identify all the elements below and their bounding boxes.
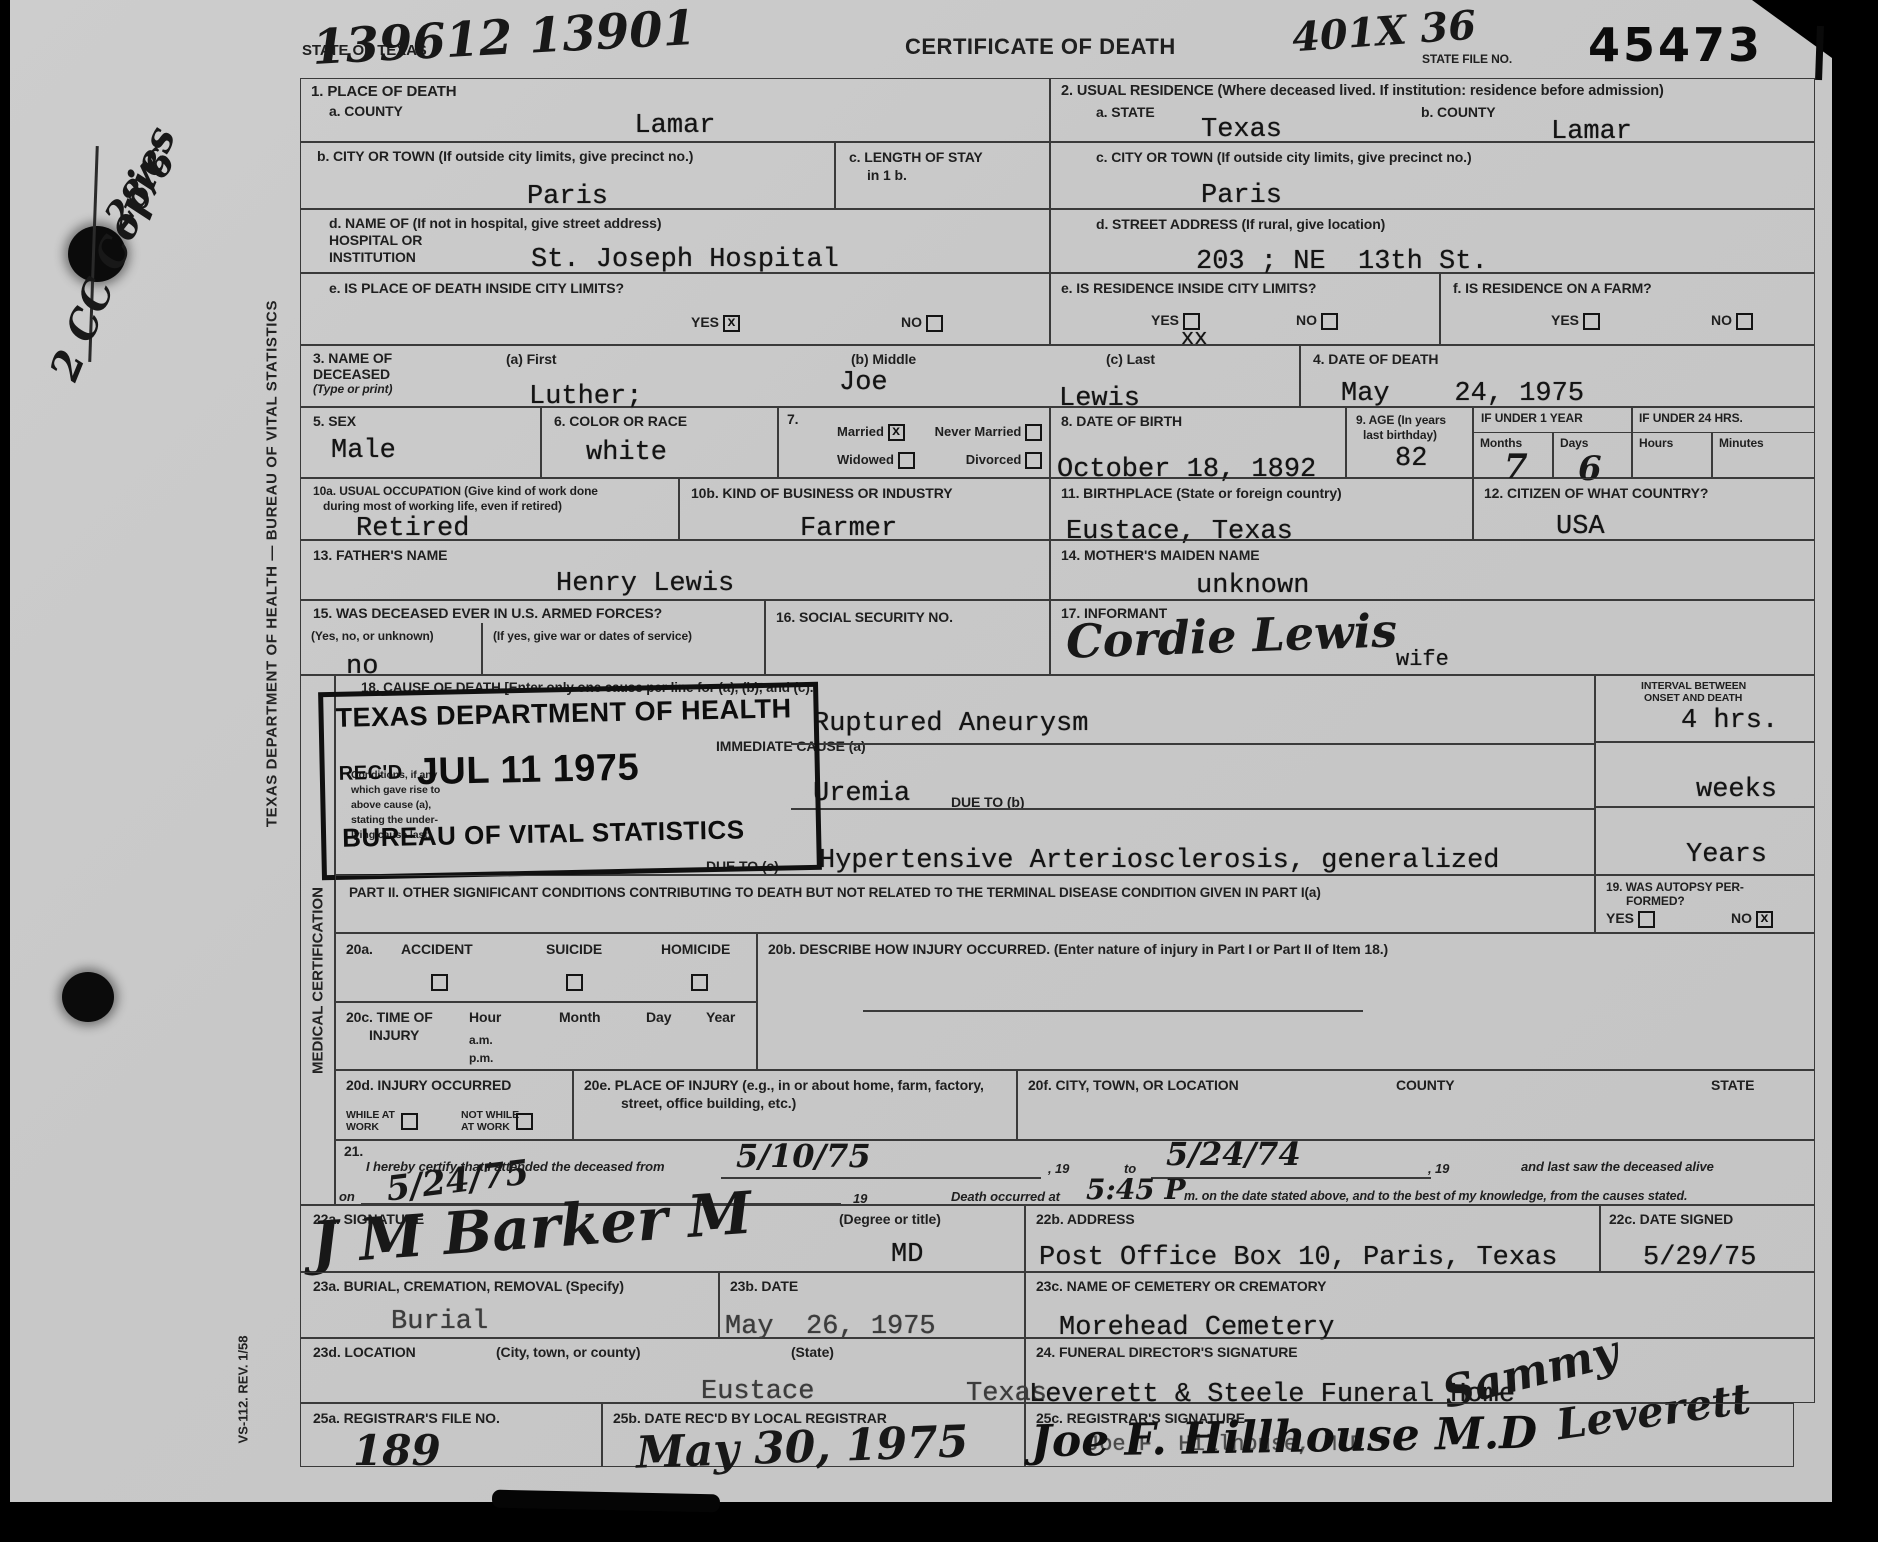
interval-label1: INTERVAL BETWEEN: [1641, 680, 1746, 692]
address-value: Post Office Box 10, Paris, Texas: [1039, 1243, 1557, 1273]
field-burial-cremation: 23a. BURIAL, CREMATION, REMOVAL (Specify…: [300, 1272, 719, 1338]
death-limits-no: NO: [901, 314, 943, 332]
age-label1: 9. AGE (In years: [1356, 413, 1446, 427]
field-date-of-death: 4. DATE OF DEATH May 24, 1975: [1300, 345, 1815, 407]
sex-value: Male: [331, 436, 396, 466]
certify-text9: m. on the date stated above, and to the …: [1184, 1189, 1687, 1203]
stamp-line1: TEXAS DEPARTMENT OF HEALTH: [335, 693, 792, 734]
homicide-checkbox: [691, 974, 708, 991]
death-limits-yes: YES x: [691, 314, 740, 332]
certify-text6: on: [339, 1189, 355, 1204]
armed-forces-sub1: (Yes, no, or unknown): [311, 629, 434, 643]
pm-label: p.m.: [469, 1051, 493, 1065]
residence-city-label: c. CITY OR TOWN (If outside city limits,…: [1096, 149, 1472, 165]
due-to-c-value: Hypertensive Arteriosclerosis, generaliz…: [819, 846, 1500, 876]
injury-state-label: STATE: [1711, 1077, 1754, 1093]
item20b-label: 20b. DESCRIBE HOW INJURY OCCURRED. (Ente…: [768, 941, 1388, 957]
field-death-inside-city-limits: e. IS PLACE OF DEATH INSIDE CITY LIMITS?…: [300, 273, 1050, 345]
address-label: 22b. ADDRESS: [1036, 1211, 1135, 1227]
while-at-label2: WORK: [346, 1121, 379, 1133]
field-describe-how-injury-occurred: 20b. DESCRIBE HOW INJURY OCCURRED. (Ente…: [757, 933, 1815, 1070]
item20d-label: 20d. INJURY OCCURRED: [346, 1077, 511, 1093]
field-autopsy: 19. WAS AUTOPSY PER- FORMED? YES NO x: [1595, 875, 1815, 933]
location-sub2: (State): [791, 1344, 834, 1360]
informant-signature: Cordie Lewis: [1065, 603, 1398, 669]
time-of-death-value: 5:45 P: [1086, 1173, 1186, 1206]
middle-name-value: Joe: [839, 368, 888, 398]
citizen-label: 12. CITIZEN OF WHAT COUNTRY?: [1484, 485, 1708, 501]
registrar-file-value: 189: [353, 1426, 441, 1475]
middle-name-label: (b) Middle: [851, 351, 916, 367]
no-label: NO: [1296, 312, 1317, 328]
field-mothers-maiden-name: 14. MOTHER'S MAIDEN NAME unknown: [1050, 540, 1815, 600]
interval-b-value: weeks: [1696, 775, 1777, 805]
rule-from: [721, 1177, 1041, 1179]
married-label: Married: [837, 424, 884, 439]
section1-title: 1. PLACE OF DEATH: [311, 83, 457, 100]
autopsy-yes: YES: [1606, 910, 1655, 928]
hospital-value: St. Joseph Hospital: [531, 245, 839, 275]
item20c-label1: 20c. TIME OF: [346, 1009, 433, 1025]
length-of-stay-label: c. LENGTH OF STAY: [849, 149, 983, 165]
field-age-days: Days 6: [1553, 432, 1632, 478]
attended-from-date: 5/10/75: [736, 1137, 871, 1175]
field-name-of-deceased: 3. NAME OF DECEASED (Type or print) (a) …: [300, 345, 1300, 407]
never-married-label: Never Married: [935, 424, 1022, 439]
interval-a-value: 4 hrs.: [1681, 706, 1778, 736]
homicide-label: HOMICIDE: [661, 941, 730, 957]
field-birthplace: 11. BIRTHPLACE (State or foreign country…: [1050, 478, 1473, 540]
death-inside-limits-label: e. IS PLACE OF DEATH INSIDE CITY LIMITS?: [329, 280, 624, 296]
certificate-title: CERTIFICATE OF DEATH: [905, 34, 1176, 60]
location-sub1: (City, town, or county): [496, 1344, 640, 1360]
date-signed-value: 5/29/75: [1643, 1243, 1756, 1273]
field-accident-suicide-homicide: 20a. ACCIDENT SUICIDE HOMICIDE: [335, 933, 757, 1002]
field-marital-status: 7. Married x Never Married Widowed Divor…: [778, 407, 1050, 478]
field-citizen-of-country: 12. CITIZEN OF WHAT COUNTRY? USA: [1473, 478, 1815, 540]
stamp-recd-label: REC'D: [339, 762, 403, 786]
field-physician-signature: 22a. SIGNATURE (Degree or title) J M Bar…: [300, 1205, 1025, 1272]
burial-date-label: 23b. DATE: [730, 1278, 798, 1294]
birthplace-label: 11. BIRTHPLACE (State or foreign country…: [1061, 485, 1342, 501]
name-title3: (Type or print): [313, 382, 392, 396]
days-label: Days: [1560, 436, 1588, 450]
field-injury-city-county-state: 20f. CITY, TOWN, OR LOCATION COUNTY STAT…: [1017, 1070, 1815, 1140]
autopsy-label1: 19. WAS AUTOPSY PER-: [1606, 880, 1744, 894]
certificate-serial-number: 45473: [1588, 18, 1763, 72]
never-married-checkbox: [1025, 424, 1042, 441]
autopsy-no: NO x: [1731, 910, 1773, 928]
immediate-cause-value: Ruptured Aneurysm: [813, 709, 1088, 739]
while-at-label1: WHILE AT: [346, 1109, 395, 1121]
item20c-label2: INJURY: [369, 1027, 419, 1043]
funeral-director-label: 24. FUNERAL DIRECTOR'S SIGNATURE: [1036, 1344, 1298, 1360]
field-residence-on-farm: f. IS RESIDENCE ON A FARM? YES NO: [1440, 273, 1815, 345]
minutes-label: Minutes: [1719, 436, 1764, 450]
field-city-of-death: b. CITY OR TOWN (If outside city limits,…: [300, 142, 835, 209]
field-social-security-no: 16. SOCIAL SECURITY NO.: [765, 600, 1050, 675]
item20e-label2: street, office building, etc.): [621, 1095, 796, 1111]
residence-limits-label: e. IS RESIDENCE INSIDE CITY LIMITS?: [1061, 280, 1316, 296]
father-label: 13. FATHER'S NAME: [313, 547, 447, 563]
last-name-label: (c) Last: [1106, 351, 1155, 367]
age-value: 82: [1395, 444, 1427, 474]
field-sex: 5. SEX Male: [300, 407, 541, 478]
cemetery-label: 23c. NAME OF CEMETERY OR CREMATORY: [1036, 1278, 1326, 1294]
date-of-death-value: May 24, 1975: [1341, 379, 1584, 409]
citizen-value: USA: [1556, 512, 1605, 542]
field-funeral-director-signature: 24. FUNERAL DIRECTOR'S SIGNATURE Leveret…: [1025, 1338, 1815, 1403]
due-to-b-value: Uremia: [813, 779, 910, 809]
field-physician-address: 22b. ADDRESS Post Office Box 10, Paris, …: [1025, 1205, 1600, 1272]
date-of-death-label: 4. DATE OF DEATH: [1313, 351, 1438, 367]
certify-text5: and last saw the deceased alive: [1521, 1159, 1714, 1174]
no-checkbox: [1736, 313, 1753, 330]
stamp-date: JUL 11 1975: [416, 747, 639, 795]
no-check-mark: x: [1760, 911, 1768, 927]
no-checkbox: [926, 315, 943, 332]
yes-checkbox: [1638, 911, 1655, 928]
residence-state-value: Texas: [1201, 115, 1282, 145]
divorced-option: Divorced: [966, 452, 1042, 469]
field-hospital-name: d. NAME OF (If not in hospital, give str…: [300, 209, 1050, 273]
married-option: Married x: [837, 424, 905, 441]
farm-yes: YES: [1551, 312, 1600, 330]
part2-label: PART II. OTHER SIGNIFICANT CONDITIONS CO…: [349, 885, 1579, 900]
residence-city-value: Paris: [1201, 181, 1282, 211]
item20f-label: 20f. CITY, TOWN, OR LOCATION: [1028, 1077, 1239, 1093]
residence-state-label: a. STATE: [1096, 104, 1155, 120]
field-residence-city: c. CITY OR TOWN (If outside city limits,…: [1050, 142, 1815, 209]
field-interval-a: INTERVAL BETWEEN ONSET AND DEATH 4 hrs.: [1595, 675, 1815, 742]
hour-label: Hour: [469, 1009, 501, 1025]
field-date-signed: 22c. DATE SIGNED 5/29/75: [1600, 1205, 1815, 1272]
burial-label: 23a. BURIAL, CREMATION, REMOVAL (Specify…: [313, 1278, 624, 1294]
field-date-received-by-registrar: 25b. DATE REC'D BY LOCAL REGISTRAR May 3…: [602, 1403, 1025, 1467]
ssn-label: 16. SOCIAL SECURITY NO.: [776, 609, 953, 625]
no-label: NO: [1731, 910, 1752, 926]
interval-label2: ONSET AND DEATH: [1644, 692, 1742, 704]
yes-checkbox: [1583, 313, 1600, 330]
armed-forces-divider: [481, 623, 483, 676]
field-age-minutes: Minutes: [1712, 432, 1815, 478]
attended-to-date: 5/24/74: [1166, 1135, 1301, 1173]
mother-value: unknown: [1196, 571, 1309, 601]
section2-title: 2. USUAL RESIDENCE (Where deceased lived…: [1061, 83, 1664, 99]
certify-text7: 19: [853, 1191, 867, 1206]
father-value: Henry Lewis: [556, 569, 734, 599]
interval-c-value: Years: [1686, 840, 1767, 870]
no-label: NO: [1711, 312, 1732, 328]
field-date-of-birth: 8. DATE OF BIRTH October 18, 1892: [1050, 407, 1346, 478]
yes-label: YES: [1551, 312, 1579, 328]
race-value: white: [586, 438, 667, 468]
degree-label: (Degree or title): [839, 1211, 941, 1227]
date-signed-label: 22c. DATE SIGNED: [1609, 1211, 1733, 1227]
hospital-label3: INSTITUTION: [329, 249, 416, 265]
residence-street-label: d. STREET ADDRESS (If rural, give locati…: [1096, 216, 1385, 232]
business-label: 10b. KIND OF BUSINESS OR INDUSTRY: [691, 485, 952, 501]
punch-hole-bottom: [62, 972, 114, 1022]
field-color-or-race: 6. COLOR OR RACE white: [541, 407, 778, 478]
never-married-option: Never Married: [935, 424, 1042, 441]
no-checkbox: x: [1756, 911, 1773, 928]
under-24-hrs-title: IF UNDER 24 HRS.: [1639, 411, 1743, 425]
registrar-file-label: 25a. REGISTRAR'S FILE NO.: [313, 1410, 500, 1426]
widowed-checkbox: [898, 452, 915, 469]
field-usual-occupation: 10a. USUAL OCCUPATION (Give kind of work…: [300, 478, 679, 540]
registrar-signature: Joe F. Hillhouse M.D: [1031, 1408, 1538, 1468]
field-interval-b: weeks: [1595, 742, 1815, 807]
field-kind-of-business: 10b. KIND OF BUSINESS OR INDUSTRY Farmer: [679, 478, 1050, 540]
city-label: b. CITY OR TOWN (If outside city limits,…: [317, 148, 693, 164]
yes-label: YES: [1151, 312, 1179, 328]
field-cemetery-name: 23c. NAME OF CEMETERY OR CREMATORY Moreh…: [1025, 1272, 1815, 1338]
certify-text4: , 19: [1428, 1161, 1449, 1176]
occupation-label1: 10a. USUAL OCCUPATION (Give kind of work…: [313, 484, 598, 498]
item20a-label: 20a.: [346, 941, 373, 957]
state-file-no-label: STATE FILE NO.: [1422, 52, 1512, 66]
certify-text8: Death occurred at: [951, 1189, 1060, 1204]
field-injury-occurred: 20d. INJURY OCCURRED WHILE AT WORK NOT W…: [335, 1070, 573, 1140]
rule-to: [1151, 1177, 1431, 1179]
cause-b-rule: [791, 808, 1596, 810]
field-registrar-file-no: 25a. REGISTRAR'S FILE NO. 189: [300, 1403, 602, 1467]
field-place-of-death-county: 1. PLACE OF DEATH a. COUNTY Lamar: [300, 78, 1050, 142]
sex-label: 5. SEX: [313, 413, 356, 429]
residence-county-label: b. COUNTY: [1421, 104, 1496, 120]
margin-form-code: VS-112. REV. 1/58: [236, 1295, 251, 1485]
married-check-mark: x: [892, 424, 900, 440]
field-armed-forces: 15. WAS DECEASED EVER IN U.S. ARMED FORC…: [300, 600, 765, 675]
divorced-label: Divorced: [966, 452, 1022, 467]
accident-checkbox: [431, 974, 448, 991]
field-age-hours: Hours: [1632, 432, 1712, 478]
field-time-of-injury: 20c. TIME OF INJURY Hour a.m. p.m. Month…: [335, 1002, 757, 1070]
divorced-checkbox: [1025, 452, 1042, 469]
injury-county-label: COUNTY: [1396, 1077, 1455, 1093]
received-stamp: TEXAS DEPARTMENT OF HEALTH REC'D JUL 11 …: [318, 682, 822, 880]
hospital-label: d. NAME OF (If not in hospital, give str…: [329, 215, 661, 231]
under-1-year-title: IF UNDER 1 YEAR: [1481, 411, 1583, 425]
hospital-label2: HOSPITAL OR: [329, 232, 422, 248]
field-age: 9. AGE (In years last birthday) 82: [1346, 407, 1473, 478]
field-fathers-name: 13. FATHER'S NAME Henry Lewis: [300, 540, 1050, 600]
first-name-label: (a) First: [506, 351, 556, 367]
year-label: Year: [706, 1009, 735, 1025]
yes-label: YES: [691, 314, 719, 330]
while-at-work-checkbox: [401, 1113, 418, 1130]
marital-row2: Widowed Divorced: [837, 452, 1042, 469]
hours-label: Hours: [1639, 436, 1673, 450]
city-value: Paris: [301, 182, 834, 212]
occupation-label2: during most of working life, even if ret…: [323, 499, 562, 513]
date-of-birth-label: 8. DATE OF BIRTH: [1061, 413, 1182, 429]
month-label: Month: [559, 1009, 600, 1025]
field-part2-conditions: PART II. OTHER SIGNIFICANT CONDITIONS CO…: [335, 875, 1595, 933]
mother-label: 14. MOTHER'S MAIDEN NAME: [1061, 547, 1260, 563]
field-place-of-injury: 20e. PLACE OF INJURY (e.g., in or about …: [573, 1070, 1017, 1140]
margin-department-text: TEXAS DEPARTMENT OF HEALTH — BUREAU OF V…: [264, 254, 281, 874]
no-label: NO: [901, 314, 922, 330]
certify-text2: , 19: [1048, 1161, 1069, 1176]
informant-relation: wife: [1396, 647, 1449, 672]
armed-forces-label: 15. WAS DECEASED EVER IN U.S. ARMED FORC…: [313, 605, 662, 621]
age-label2: last birthday): [1363, 428, 1437, 442]
widowed-option: Widowed: [837, 452, 915, 469]
field-burial-date: 23b. DATE May 26, 1975: [719, 1272, 1025, 1338]
day-label: Day: [646, 1009, 671, 1025]
accident-label: ACCIDENT: [401, 941, 473, 957]
item20e-label1: 20e. PLACE OF INJURY (e.g., in or about …: [584, 1077, 984, 1093]
degree-value: MD: [891, 1240, 923, 1270]
scanned-death-certificate: 2 CC Copies 28/6 TEXAS DEPARTMENT OF HEA…: [0, 0, 1878, 1542]
no-checkbox: [1321, 313, 1338, 330]
field-residence-inside-city-limits: e. IS RESIDENCE INSIDE CITY LIMITS? YES …: [1050, 273, 1440, 345]
yes-label: YES: [1606, 910, 1634, 926]
field-residence-street: d. STREET ADDRESS (If rural, give locati…: [1050, 209, 1815, 273]
burial-value: Burial: [391, 1307, 488, 1337]
marital-label: 7.: [787, 411, 798, 427]
married-checkbox: x: [888, 424, 905, 441]
scan-bottom-shadow: [492, 1490, 720, 1513]
field-informant: 17. INFORMANT Cordie Lewis wife: [1050, 600, 1815, 675]
not-while-label2: AT WORK: [461, 1121, 510, 1133]
not-while-label1: NOT WHILE: [461, 1109, 519, 1121]
am-label: a.m.: [469, 1033, 493, 1047]
field-interval-c: Years: [1595, 807, 1815, 875]
cause-a-rule: [791, 743, 1596, 745]
item21-label: 21.: [344, 1143, 363, 1159]
injury-rule: [863, 1010, 1363, 1012]
suicide-label: SUICIDE: [546, 941, 602, 957]
farm-no: NO: [1711, 312, 1753, 330]
field-residence-state-county: 2. USUAL RESIDENCE (Where deceased lived…: [1050, 78, 1815, 142]
county-value: Lamar: [301, 111, 1049, 141]
yes-checkbox: x: [723, 315, 740, 332]
location-label: 23d. LOCATION: [313, 1344, 416, 1360]
race-label: 6. COLOR OR RACE: [554, 413, 687, 429]
field-burial-location: 23d. LOCATION (City, town, or county) (S…: [300, 1338, 1025, 1403]
field-registrar-signature: 25c. REGISTRAR'S SIGNATURE Joe F. Hillho…: [1025, 1403, 1794, 1467]
residence-limits-no: NO: [1296, 312, 1338, 330]
name-title2: DECEASED: [313, 366, 390, 382]
residence-farm-label: f. IS RESIDENCE ON A FARM?: [1453, 280, 1652, 296]
name-title1: 3. NAME OF: [313, 350, 392, 366]
stamp-line3: BUREAU OF VITAL STATISTICS: [342, 814, 745, 853]
armed-forces-sub2: (If yes, give war or dates of service): [493, 629, 692, 643]
field-age-months: Months 7: [1473, 432, 1553, 478]
widowed-label: Widowed: [837, 452, 894, 467]
not-while-at-work-checkbox: [516, 1113, 533, 1130]
field-length-of-stay: c. LENGTH OF STAY in 1 b.: [835, 142, 1050, 209]
length-of-stay-label2: in 1 b.: [867, 167, 907, 183]
yes-check-mark: x: [727, 315, 735, 331]
autopsy-label2: FORMED?: [1626, 894, 1685, 908]
marital-row1: Married x Never Married: [837, 424, 1042, 441]
suicide-checkbox: [566, 974, 583, 991]
